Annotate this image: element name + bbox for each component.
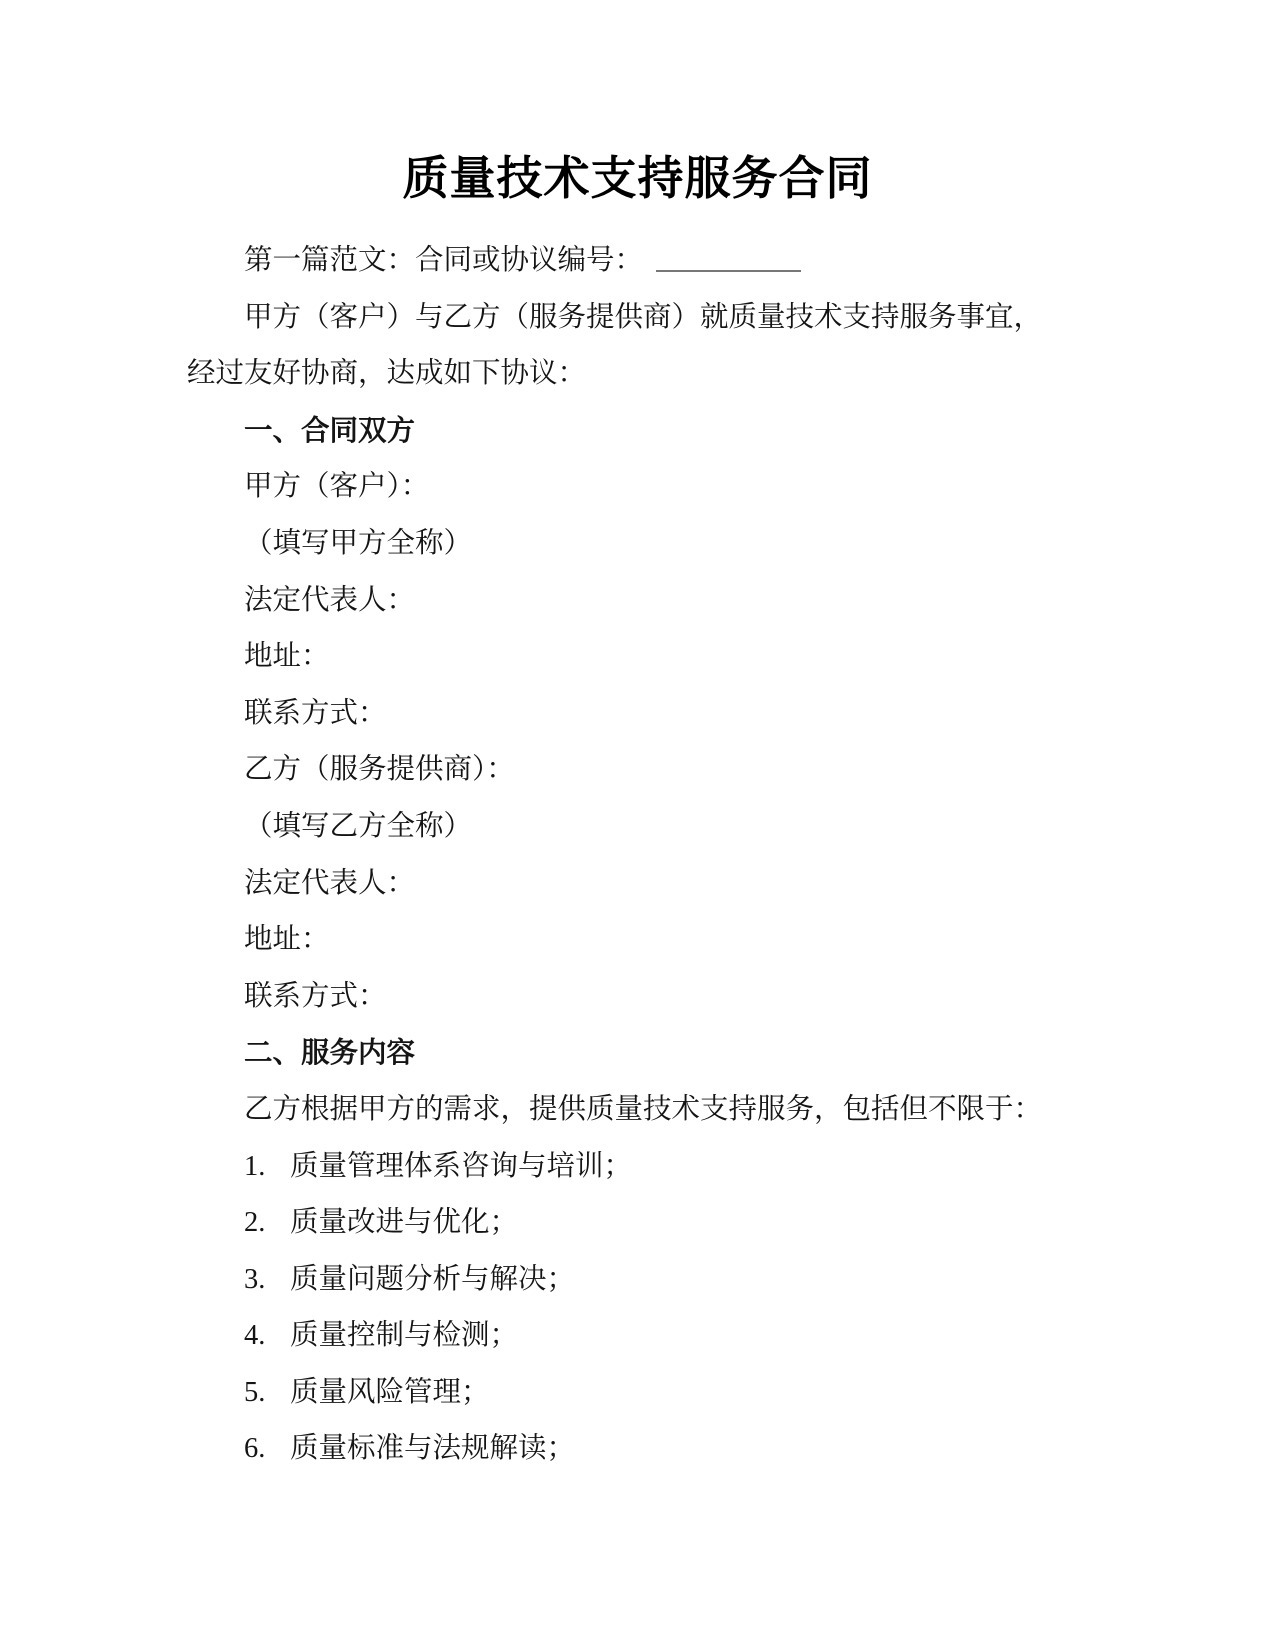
line-text: 质量问题分析与解决； bbox=[290, 1264, 575, 1295]
line-text: 联系方式： bbox=[244, 981, 387, 1012]
line-text: 质量管理体系咨询与培训； bbox=[290, 1151, 632, 1182]
list-item-line: 6.质量标准与法规解读； bbox=[187, 1421, 1235, 1478]
line-text: 地址： bbox=[244, 924, 330, 955]
line-text: 经过友好协商，达成如下协议： bbox=[187, 358, 586, 389]
doc-line: 甲方（客户）与乙方（服务提供商）就质量技术支持服务事宜， bbox=[187, 290, 1235, 347]
line-text: 第一篇范文：合同或协议编号： bbox=[244, 245, 643, 276]
line-text: 甲方（客户）： bbox=[244, 471, 429, 502]
line-text: 法定代表人： bbox=[244, 868, 415, 899]
document-title: 质量技术支持服务合同 bbox=[0, 152, 1275, 206]
list-item-line: 1.质量管理体系咨询与培训； bbox=[187, 1139, 1235, 1196]
line-text: 质量控制与检测； bbox=[290, 1320, 518, 1351]
doc-line: 经过友好协商，达成如下协议： bbox=[187, 346, 1235, 403]
list-item-number: 4. bbox=[244, 1308, 290, 1365]
list-item-line: 5.质量风险管理； bbox=[187, 1365, 1235, 1422]
doc-line: 地址： bbox=[187, 912, 1235, 969]
contract-document-page: 质量技术支持服务合同 第一篇范文：合同或协议编号：甲方（客户）与乙方（服务提供商… bbox=[0, 0, 1275, 1650]
section-heading: 二、服务内容 bbox=[187, 1025, 1235, 1082]
list-item-number: 1. bbox=[244, 1139, 290, 1196]
doc-line: 地址： bbox=[187, 629, 1235, 686]
line-text: （填写乙方全称） bbox=[244, 811, 472, 842]
list-item-line: 2.质量改进与优化； bbox=[187, 1195, 1235, 1252]
doc-line: 法定代表人： bbox=[187, 573, 1235, 630]
doc-line: 法定代表人： bbox=[187, 856, 1235, 913]
line-text: （填写甲方全称） bbox=[244, 528, 472, 559]
doc-line: 第一篇范文：合同或协议编号： bbox=[187, 233, 1235, 290]
doc-line: 联系方式： bbox=[187, 969, 1235, 1026]
line-text: 乙方（服务提供商）： bbox=[244, 754, 515, 785]
section-heading: 一、合同双方 bbox=[187, 403, 1235, 460]
section-heading-text: 一、合同双方 bbox=[244, 415, 415, 447]
doc-line: 乙方（服务提供商）： bbox=[187, 742, 1235, 799]
list-item-number: 3. bbox=[244, 1252, 290, 1309]
line-text: 法定代表人： bbox=[244, 585, 415, 616]
list-item-line: 3.质量问题分析与解决； bbox=[187, 1252, 1235, 1309]
contract-number-blank-underline bbox=[656, 270, 801, 272]
list-item-number: 2. bbox=[244, 1195, 290, 1252]
document-body: 第一篇范文：合同或协议编号：甲方（客户）与乙方（服务提供商）就质量技术支持服务事… bbox=[0, 233, 1275, 1478]
line-text: 乙方根据甲方的需求，提供质量技术支持服务，包括但不限于： bbox=[244, 1094, 1042, 1125]
doc-line: （填写乙方全称） bbox=[187, 799, 1235, 856]
doc-line: 联系方式： bbox=[187, 686, 1235, 743]
line-text: 质量改进与优化； bbox=[290, 1207, 518, 1238]
line-text: 质量标准与法规解读； bbox=[290, 1433, 575, 1464]
section-heading-text: 二、服务内容 bbox=[244, 1037, 415, 1069]
list-item-number: 5. bbox=[244, 1365, 290, 1422]
doc-line: 甲方（客户）： bbox=[187, 459, 1235, 516]
list-item-number: 6. bbox=[244, 1421, 290, 1478]
doc-line: 乙方根据甲方的需求，提供质量技术支持服务，包括但不限于： bbox=[187, 1082, 1235, 1139]
line-text: 联系方式： bbox=[244, 698, 387, 729]
line-text: 甲方（客户）与乙方（服务提供商）就质量技术支持服务事宜， bbox=[244, 302, 1042, 333]
line-text: 地址： bbox=[244, 641, 330, 672]
doc-line: （填写甲方全称） bbox=[187, 516, 1235, 573]
line-text: 质量风险管理； bbox=[290, 1377, 490, 1408]
list-item-line: 4.质量控制与检测； bbox=[187, 1308, 1235, 1365]
